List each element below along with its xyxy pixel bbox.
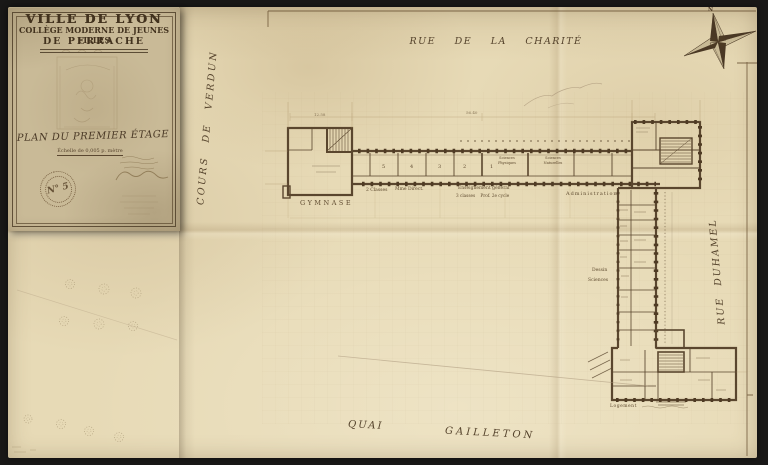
caption-logement: Logement — [610, 404, 637, 409]
caption-enseignement-2: 3 classes Prof. 2e cycle — [456, 193, 509, 198]
caption-enseignement-1: Enseignement général — [458, 186, 509, 191]
handwritten-notes — [116, 157, 168, 215]
frame-lines — [268, 11, 757, 456]
stamp-number: N° 5 — [46, 181, 70, 196]
room-label: Sciences Physiques — [494, 156, 520, 165]
room-number: 3 — [438, 164, 441, 170]
caption-sciences: Sciences — [588, 278, 608, 283]
dimension-label: 12.58 — [314, 112, 325, 117]
drawing-overlay — [0, 0, 768, 465]
title-school-location: DE PERRACHE — [8, 36, 180, 47]
dimension-label: 56.40 — [466, 110, 477, 115]
tree-symbols — [12, 280, 141, 453]
caption-gymnase: GYMNASE — [300, 199, 353, 207]
room-number: 1 — [490, 164, 493, 170]
emblem-sketch — [57, 50, 117, 129]
scale-note-text: Échelle de 0,005 p. mètre — [57, 148, 122, 156]
caption-dessin: Dessin — [592, 268, 607, 273]
room-label: Sciences Naturelles — [540, 156, 566, 165]
scale-note: Échelle de 0,005 p. mètre — [35, 148, 145, 154]
title-city: VILLE DE LYON — [8, 11, 180, 26]
caption-directrice: Mme Direct. — [395, 187, 424, 192]
compass-rose — [684, 13, 756, 69]
street-label-quai: QUAI — [348, 419, 384, 432]
caption-administration: Administration — [566, 191, 618, 197]
caption-classes: 2 Classes — [366, 188, 387, 193]
compass-north-label: N — [708, 7, 713, 13]
street-label-charite: RUE DE LA CHARITÉ — [400, 36, 592, 47]
room-number: 2 — [463, 164, 466, 170]
stamp-inner-ring: N° 5 — [42, 173, 75, 206]
room-number: 4 — [410, 164, 413, 170]
title-double-underline — [40, 49, 148, 53]
scanned-plan-document: VILLE DE LYON COLLÈGE MODERNE DE JEUNES … — [0, 0, 768, 465]
room-number: 5 — [382, 164, 385, 170]
